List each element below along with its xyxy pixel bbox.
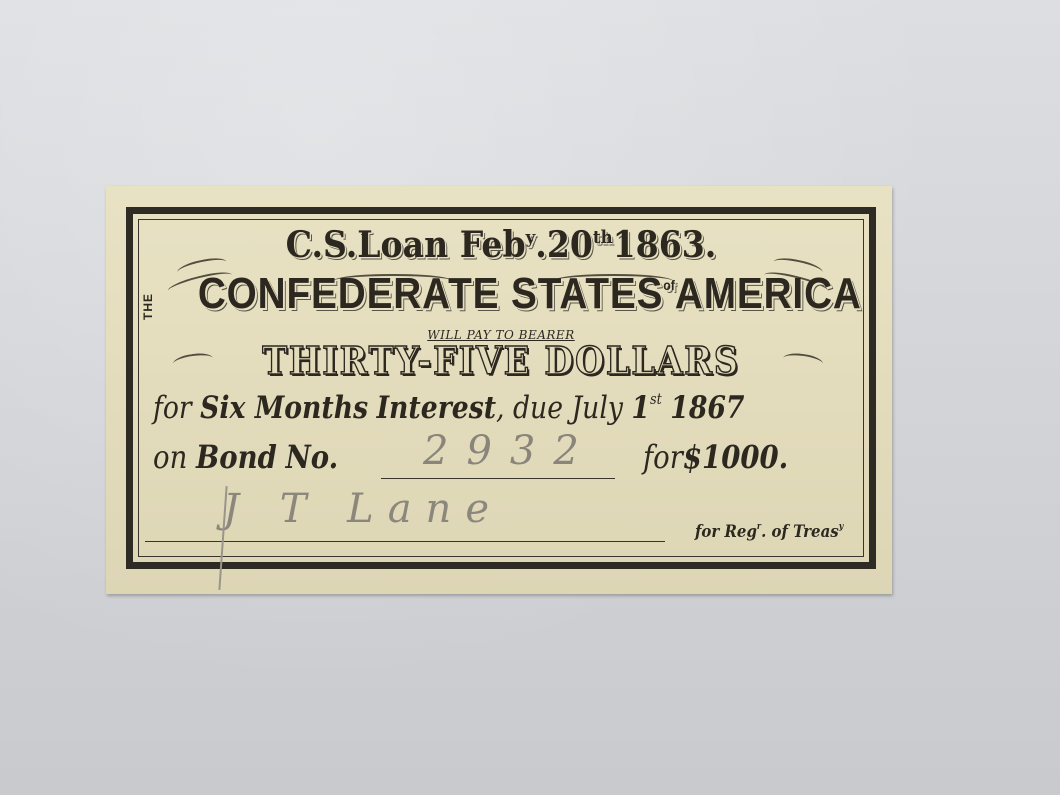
bond-number-label: on Bond No. xyxy=(153,438,338,476)
issuer-title: CONFEDERATE STATESofAMERICA xyxy=(198,269,826,319)
coupon-border-frame: C.S.Loan Feby.20th1863. THE CONFEDERATE … xyxy=(126,207,876,569)
bond-number-rule xyxy=(381,478,615,479)
interest-due-line: for Six Months Interest, due July 1st 18… xyxy=(153,390,744,426)
bond-coupon: C.S.Loan Feby.20th1863. THE CONFEDERATE … xyxy=(106,186,892,594)
handwritten-signature: J T Lane xyxy=(223,486,503,532)
handwritten-bond-number: 2932 xyxy=(423,428,597,474)
loan-date-heading: C.S.Loan Feby.20th1863. xyxy=(162,224,839,266)
the-label: THE xyxy=(141,293,155,320)
registrar-of-treasury-label: for Regr. of Treasy xyxy=(695,522,843,542)
principal-amount: for$1000. xyxy=(643,438,788,476)
amount-in-words: THIRTY-FIVE DOLLARS xyxy=(177,338,825,383)
